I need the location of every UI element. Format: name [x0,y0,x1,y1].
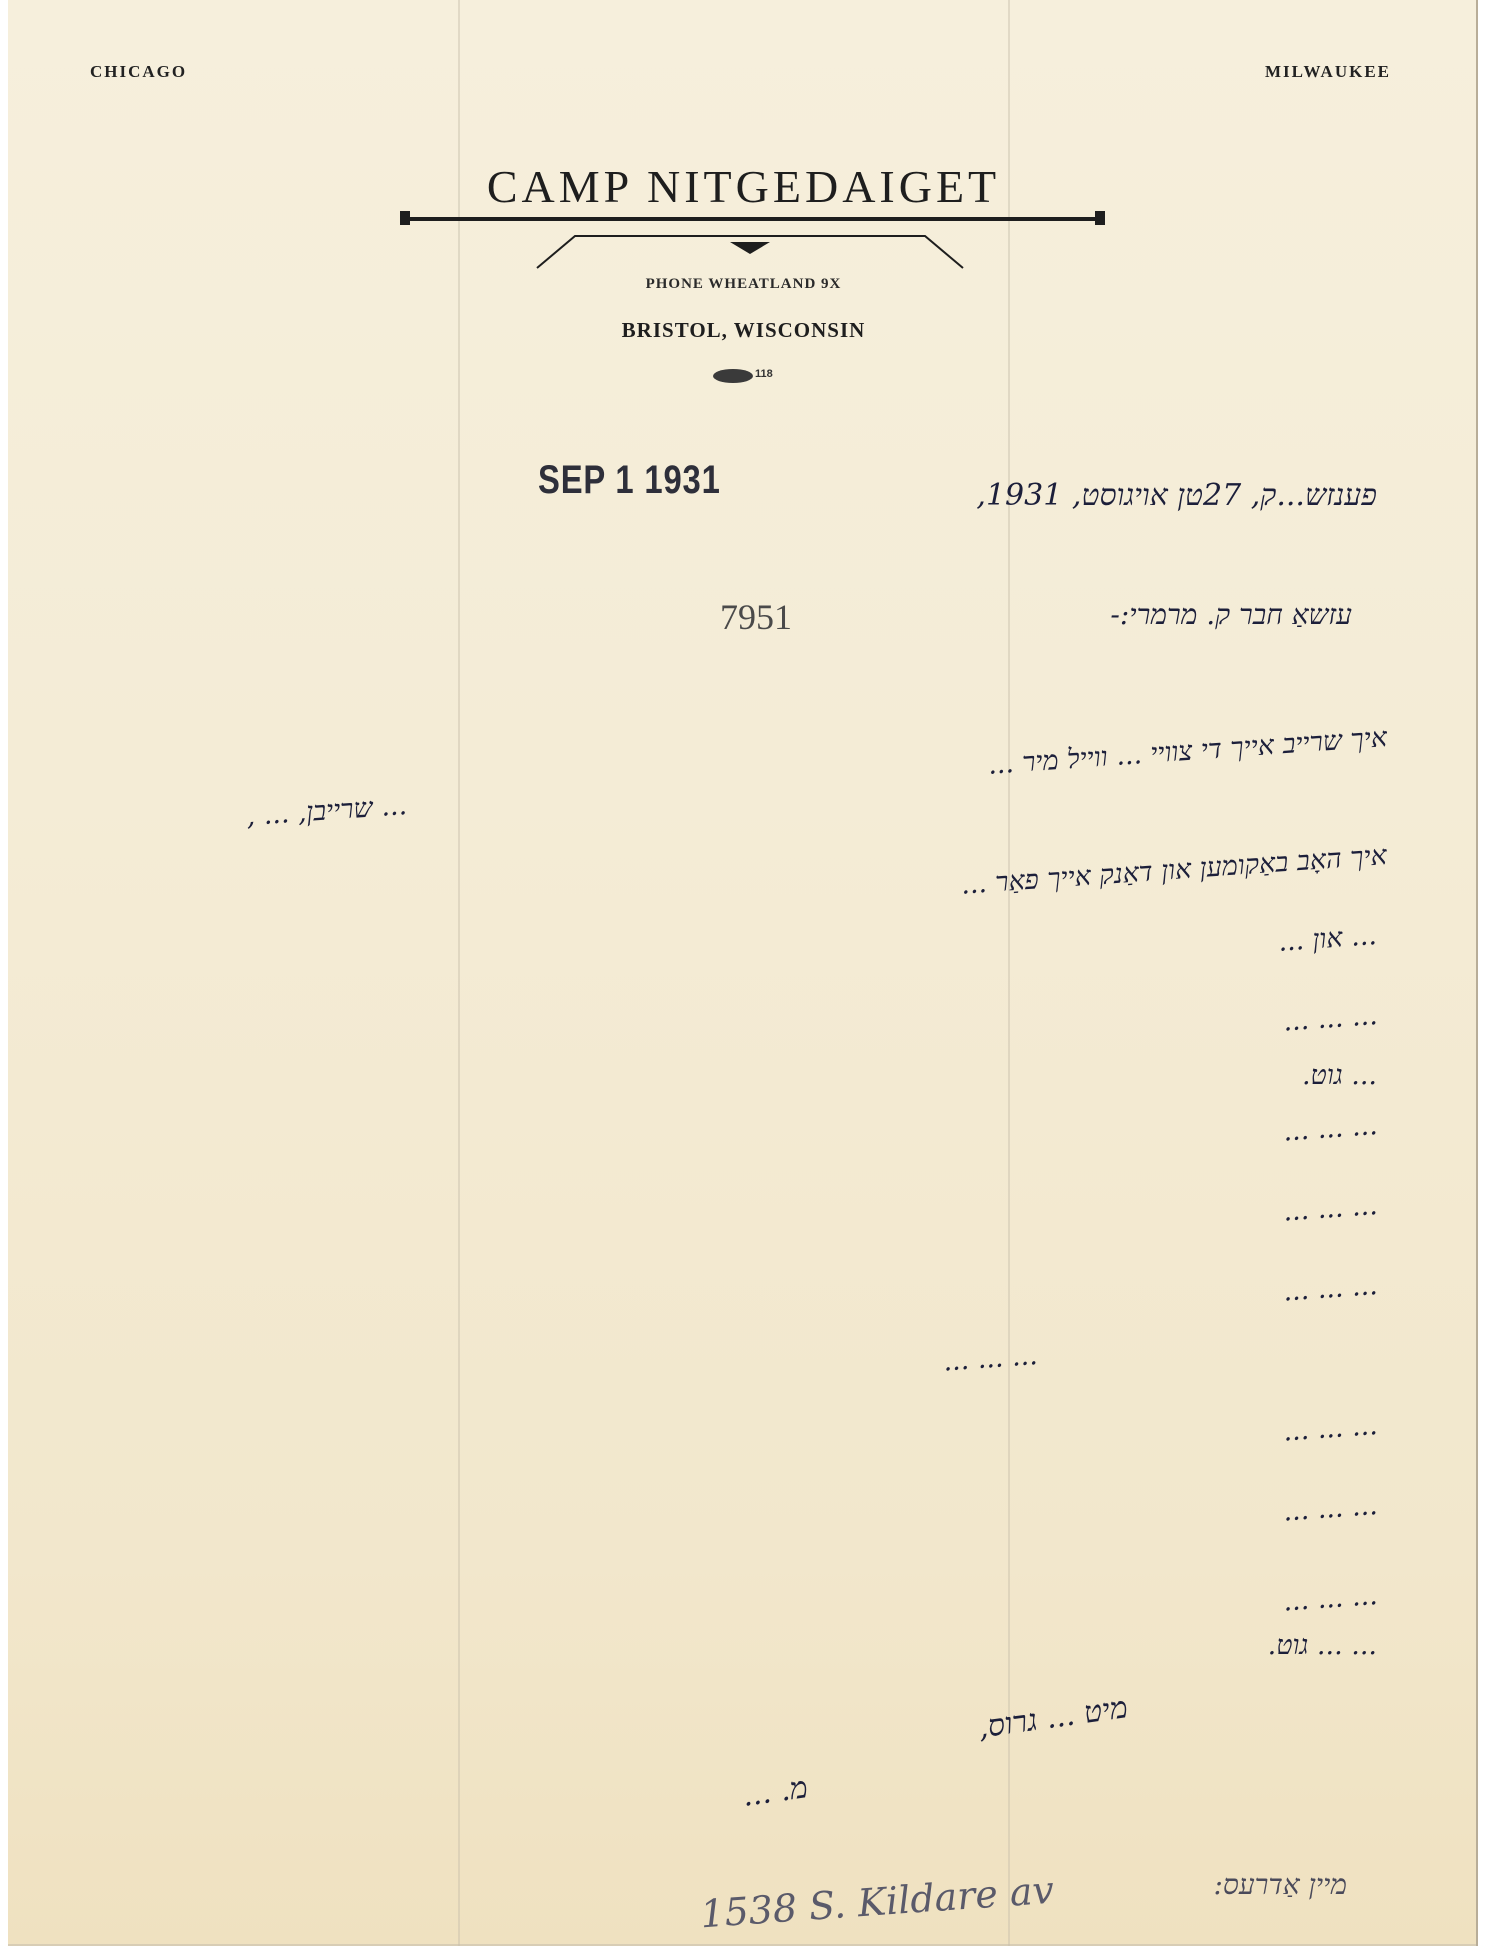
handwritten-body-line: ... ... ... [1282,1000,1378,1038]
handwritten-body-line: ... ... ... [1282,1490,1378,1528]
letterhead-location: BRISTOL, WISCONSIN [0,318,1487,343]
letterhead-left-city: CHICAGO [90,62,187,82]
handwritten-body-line: ... ... ... [942,1340,1038,1378]
letterhead-phone: PHONE WHEATLAND 9X [0,276,1487,293]
handwritten-body-line: ... ... ... [1282,1110,1378,1148]
handwritten-body-line: ... גוט. [1302,1060,1377,1091]
rule-end-ornament [1095,211,1105,225]
handwritten-address-label: מיין אַדרעס: [1213,1868,1347,1902]
chevron-ornament-icon [535,228,965,270]
received-date-stamp: SEP 1 1931 [538,458,721,503]
letterhead-title: CAMP NITGEDAIGET [0,160,1487,213]
handwritten-body-line: ... ... ... [1282,1410,1378,1448]
handwritten-dateline: פענזש...ק, 27טן אויגוסט, 1931, [976,478,1377,513]
handwritten-body-line: ... ... גוט. [1268,1630,1377,1661]
union-label-icon [713,369,753,383]
handwritten-salutation: עזשאַ חבר ק. מרמרי:- [1110,598,1352,632]
letterhead-right-city: MILWAUKEE [1265,62,1391,82]
union-label-number: 118 [755,368,773,380]
reference-number-stamp: 7951 [720,596,792,638]
handwritten-body-line: ... ... ... [1282,1580,1378,1618]
handwritten-body-line: ... ... ... [1282,1190,1378,1228]
handwritten-body-line: ... ... ... [1282,1270,1378,1308]
letterhead-rule [405,217,1105,221]
